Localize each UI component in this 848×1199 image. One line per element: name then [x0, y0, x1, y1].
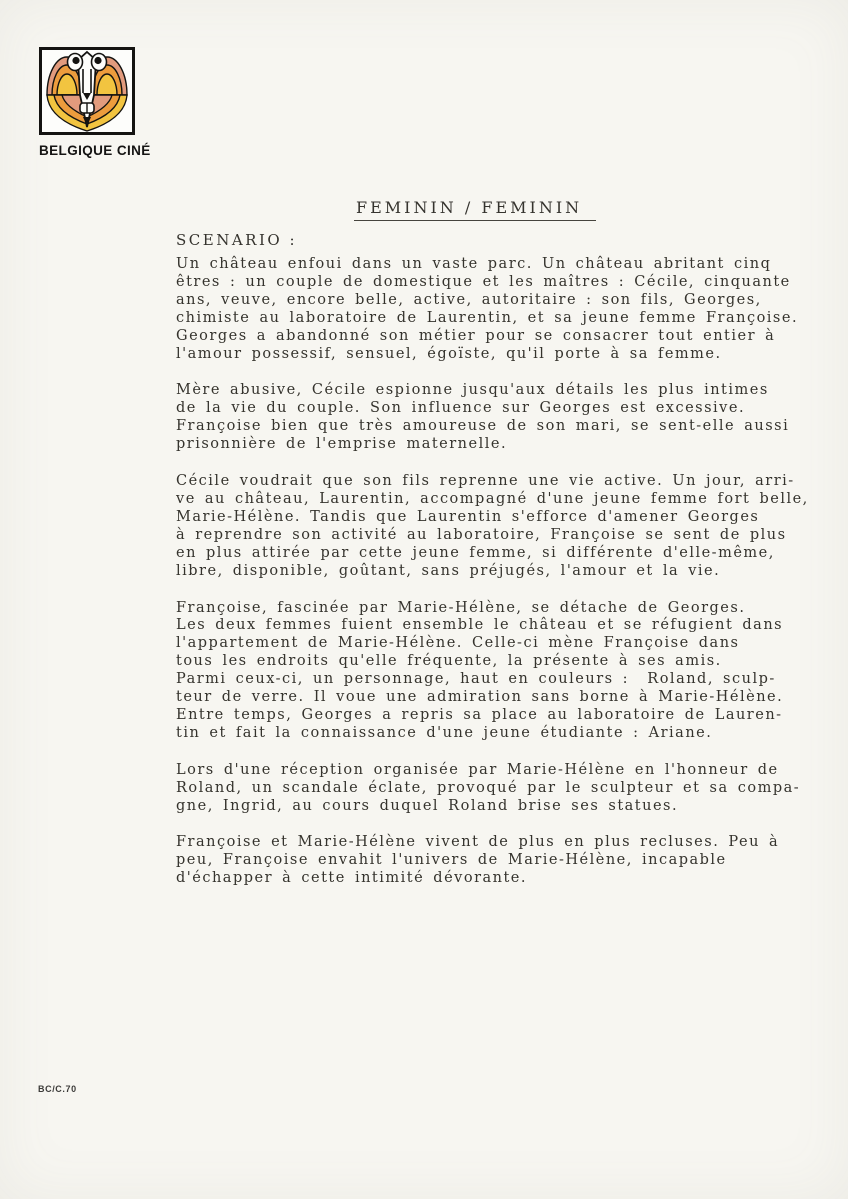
scenario-text: Un château enfoui dans un vaste parc. Un… — [176, 256, 848, 907]
paragraph: Mère abusive, Cécile espionne jusqu'aux … — [176, 382, 848, 454]
paragraph: Françoise et Marie-Hélène vivent de plus… — [176, 834, 848, 888]
paragraph: Cécile voudrait que son fils reprenne un… — [176, 473, 848, 580]
archive-code: BC/C.70 — [38, 1084, 77, 1094]
lion-face-icon — [39, 47, 135, 135]
paragraph: Lors d'une réception organisée par Marie… — [176, 762, 848, 816]
paragraph: Françoise, fascinée par Marie-Hélène, se… — [176, 600, 848, 743]
paragraph: Un château enfoui dans un vaste parc. Un… — [176, 256, 848, 363]
document-title: FEMININ / FEMININ — [354, 198, 596, 221]
scanned-document-page: BELGIQUE CINÉ FEMININ / FEMININ SCENARIO… — [0, 0, 848, 1199]
logo-wordmark: BELGIQUE CINÉ — [39, 143, 159, 158]
belgique-cine-logo: BELGIQUE CINÉ — [39, 47, 159, 158]
section-heading: SCENARIO : — [176, 231, 297, 249]
